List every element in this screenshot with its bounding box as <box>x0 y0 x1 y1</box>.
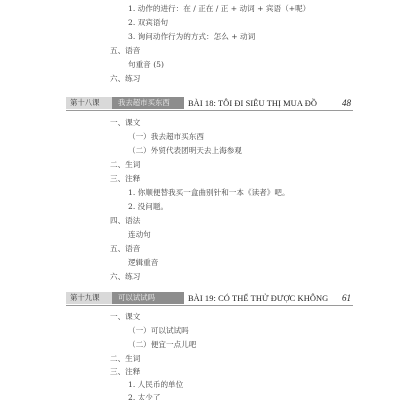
toc-section-heading: 六、练习 <box>110 272 140 282</box>
toc-entry: 逻辑重音 <box>128 258 158 268</box>
toc-entry: （二）外贸代表团明天去上海参观 <box>128 146 242 156</box>
lesson-chinese-title: 我去超市买东西 <box>112 97 184 109</box>
toc-entry: （一）可以试试吗 <box>128 326 189 336</box>
toc-entry: （一）我去超市买东西 <box>128 132 204 142</box>
toc-section-heading: 三、注释 <box>110 174 140 184</box>
toc-section-heading: 五、语音 <box>110 46 140 56</box>
toc-entry: 2. 双宾语句 <box>128 18 168 28</box>
lesson-page-number: 48 <box>342 98 353 108</box>
lesson-number-label: 第十八课 <box>66 97 112 109</box>
toc-entry: 1. 动作的进行：在 / 正在 / 正 + 动词 + 宾语（+呢） <box>128 4 310 14</box>
toc-entry: 连动句 <box>128 230 151 240</box>
lesson-page-number: 61 <box>342 293 353 303</box>
toc-section-heading: 二、生词 <box>110 160 140 170</box>
toc-entry: 1. 你顺便替我买一盒曲别针和一本《读者》吧。 <box>128 188 290 198</box>
toc-entry: 句重音 (5) <box>128 60 164 70</box>
toc-section-heading: 六、练习 <box>110 74 140 84</box>
lesson-chinese-title: 可以试试吗 <box>112 292 184 304</box>
toc-entry: 1. 人民币的单位 <box>128 380 183 390</box>
toc-entry: 2. 没问题。 <box>128 202 168 212</box>
toc-entry: 3. 询问动作行为的方式：怎么 + 动词 <box>128 32 255 42</box>
toc-section-heading: 四、语法 <box>110 216 140 226</box>
lesson-vietnamese-title: BÀI 18: TÔI ĐI SIÊU THỊ MUA ĐỒ <box>184 99 342 108</box>
toc-section-heading: 五、语音 <box>110 244 140 254</box>
lesson-vietnamese-title: BÀI 19: CÓ THỂ THỬ ĐƯỢC KHÔNG <box>184 294 342 303</box>
toc-section-heading: 二、生词 <box>110 354 140 364</box>
toc-section-heading: 一、课文 <box>110 118 140 128</box>
toc-section-heading: 三、注释 <box>110 367 140 377</box>
toc-entry: 2. 太少了 <box>128 393 160 400</box>
lesson-19-header: 第十九课 可以试试吗 BÀI 19: CÓ THỂ THỬ ĐƯỢC KHÔNG… <box>66 291 353 306</box>
toc-section-heading: 一、课文 <box>110 312 140 322</box>
lesson-number-label: 第十九课 <box>66 292 112 304</box>
toc-entry: （二）便宜一点儿吧 <box>128 340 196 350</box>
lesson-18-header: 第十八课 我去超市买东西 BÀI 18: TÔI ĐI SIÊU THỊ MUA… <box>66 96 353 111</box>
